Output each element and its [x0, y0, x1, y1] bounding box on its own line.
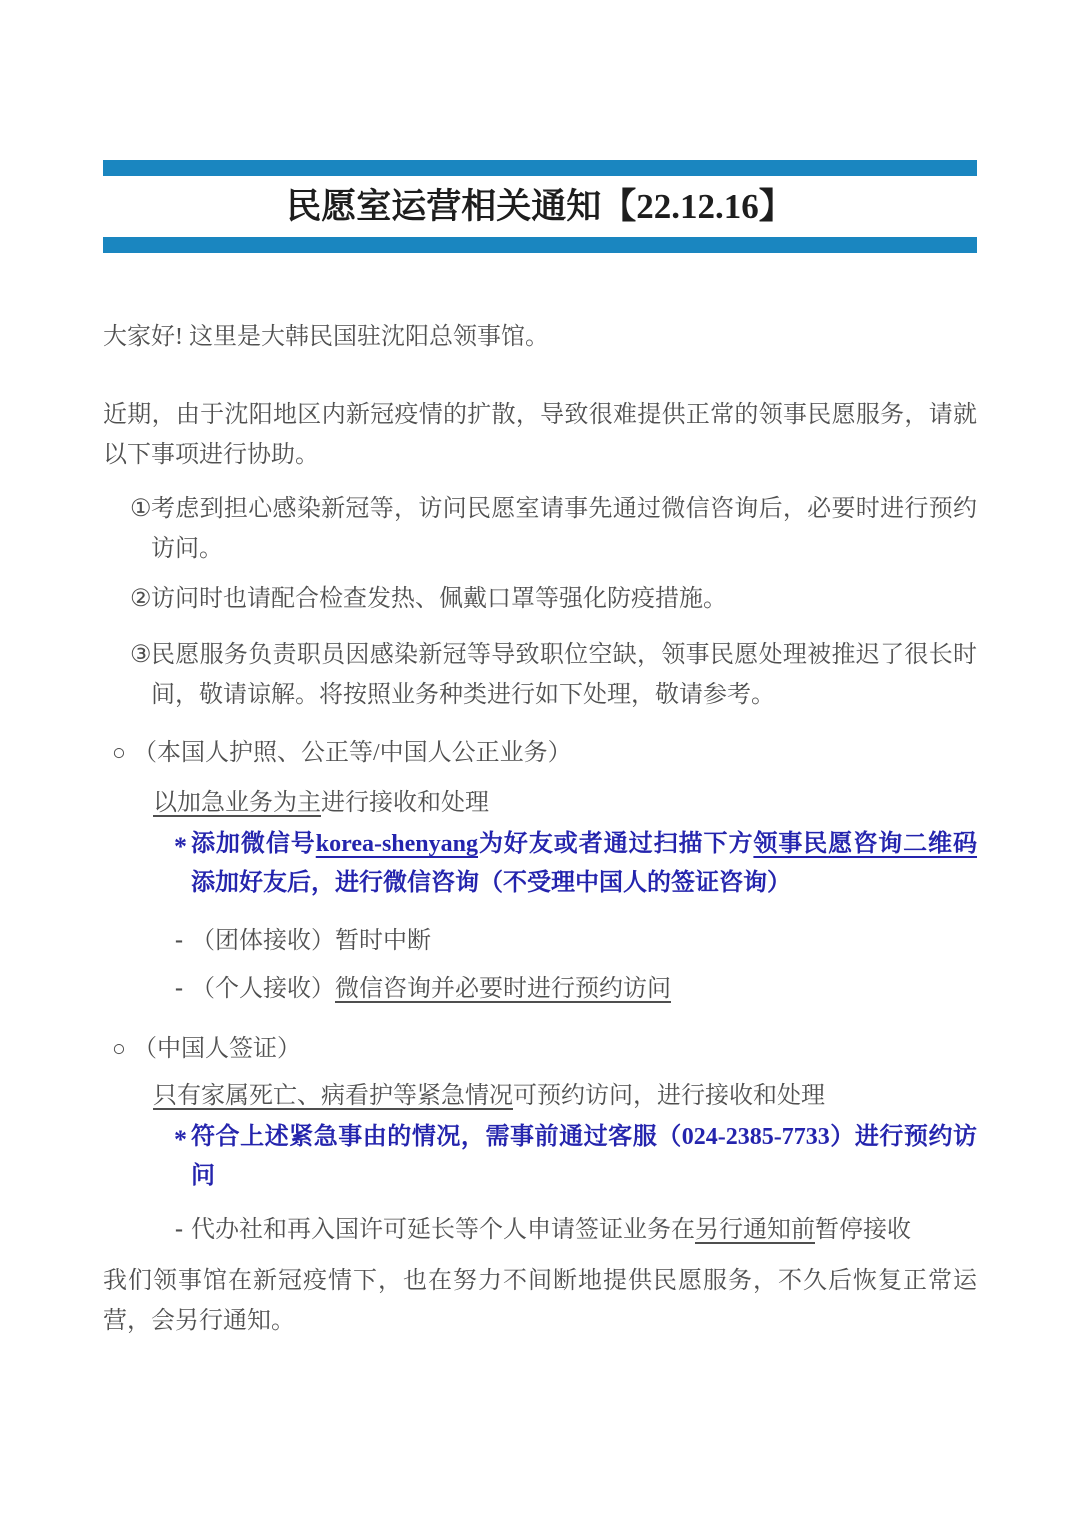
wechat-note-seg3: 添加好友后，进行微信咨询（不受理中国人的签证咨询） [191, 870, 791, 896]
agent-visa-underlined: 另行通知前 [695, 1217, 815, 1243]
agent-visa-seg1: 代办社和再入国许可延长等个人申请签证业务在 [191, 1217, 695, 1243]
emergency-appointment-note: *符合上述紧急事由的情况，需事前通过客服（024-2385-7733）进行预约访… [103, 1118, 977, 1196]
title-top-bar [103, 160, 977, 176]
circled-1-icon: ① [130, 489, 152, 529]
intro-paragraph: 近期，由于沈阳地区内新冠疫情的扩散，导致很难提供正常的领事民愿服务，请就以下事项… [103, 395, 977, 475]
group-reception-item: -（团体接收）暂时中断 [103, 921, 977, 961]
visa-policy-line: 只有家属死亡、病看护等紧急情况可预约访问，进行接收和处理 [103, 1076, 977, 1116]
circle-bullet-icon: ○ [112, 1029, 126, 1069]
wechat-consult-note: *添加微信号korea-shenyang为好友或者通过扫描下方领事民愿咨询二维码… [103, 825, 977, 903]
numbered-item-2: ②访问时也请配合检查发热、佩戴口罩等强化防疫措施。 [103, 579, 977, 619]
wechat-note-seg1: 添加微信号 [191, 831, 316, 857]
notice-document: 民愿室运营相关通知【22.12.16】 大家好! 这里是大韩民国驻沈阳总领事馆。… [0, 0, 1080, 1528]
visa-policy-underlined: 只有家属死亡、病看护等紧急情况 [153, 1083, 513, 1109]
numbered-item-1-text: 考虑到担心感染新冠等，访问民愿室请事先通过微信咨询后，必要时进行预约访问。 [151, 496, 977, 562]
section-passport-heading: ○（本国人护照、公正等/中国人公正业务） [103, 733, 977, 773]
passport-policy-underlined: 以加急业务为主 [153, 790, 321, 816]
page-title: 民愿室运营相关通知【22.12.16】 [103, 189, 977, 225]
asterisk-icon: * [174, 1120, 187, 1159]
wechat-id-link[interactable]: korea-shenyang [316, 831, 478, 857]
wechat-note-seg2: 为好友或者通过扫描下方 [478, 831, 753, 857]
numbered-item-3: ③民愿服务负责职员因感染新冠等导致职位空缺，领事民愿处理被推迟了很长时间，敬请谅… [103, 635, 977, 715]
dash-bullet-icon: - [175, 1209, 183, 1249]
numbered-item-1: ①考虑到担心感染新冠等，访问民愿室请事先通过微信咨询后，必要时进行预约访问。 [103, 489, 977, 569]
emergency-note-text: 符合上述紧急事由的情况，需事前通过客服（024-2385-7733）进行预约访问 [191, 1124, 977, 1189]
individual-reception-label: （个人接收） [191, 976, 335, 1002]
visa-policy-rest: 可预约访问，进行接收和处理 [513, 1083, 825, 1109]
circle-bullet-icon: ○ [112, 733, 126, 773]
section-visa-heading-text: （中国人签证） [133, 1036, 301, 1062]
title-bottom-bar [103, 237, 977, 253]
group-reception-label: （团体接收） [191, 928, 335, 954]
section-passport-heading-text: （本国人护照、公正等/中国人公正业务） [133, 740, 572, 766]
agent-visa-item: -代办社和再入国许可延长等个人申请签证业务在另行通知前暂停接收 [103, 1210, 977, 1250]
group-reception-text: 暂时中断 [335, 928, 431, 954]
numbered-item-2-text: 访问时也请配合检查发热、佩戴口罩等强化防疫措施。 [151, 586, 727, 612]
passport-policy-rest: 进行接收和处理 [321, 790, 489, 816]
dash-bullet-icon: - [175, 968, 183, 1008]
passport-policy-line: 以加急业务为主进行接收和处理 [103, 783, 977, 823]
circled-2-icon: ② [130, 579, 152, 619]
greeting-text: 大家好! 这里是大韩民国驻沈阳总领事馆。 [103, 317, 977, 357]
dash-bullet-icon: - [175, 920, 183, 960]
individual-reception-text: 微信咨询并必要时进行预约访问 [335, 976, 671, 1002]
qr-code-link[interactable]: 领事民愿咨询二维码 [753, 831, 977, 857]
closing-paragraph: 我们领事馆在新冠疫情下，也在努力不间断地提供民愿服务，不久后恢复正常运营，会另行… [103, 1261, 977, 1341]
numbered-item-3-text: 民愿服务负责职员因感染新冠等导致职位空缺，领事民愿处理被推迟了很长时间，敬请谅解… [151, 642, 977, 708]
individual-reception-item: -（个人接收）微信咨询并必要时进行预约访问 [103, 969, 977, 1009]
asterisk-icon: * [174, 827, 187, 866]
section-visa-heading: ○（中国人签证） [103, 1029, 977, 1069]
circled-3-icon: ③ [130, 635, 152, 675]
agent-visa-seg2: 暂停接收 [815, 1217, 911, 1243]
